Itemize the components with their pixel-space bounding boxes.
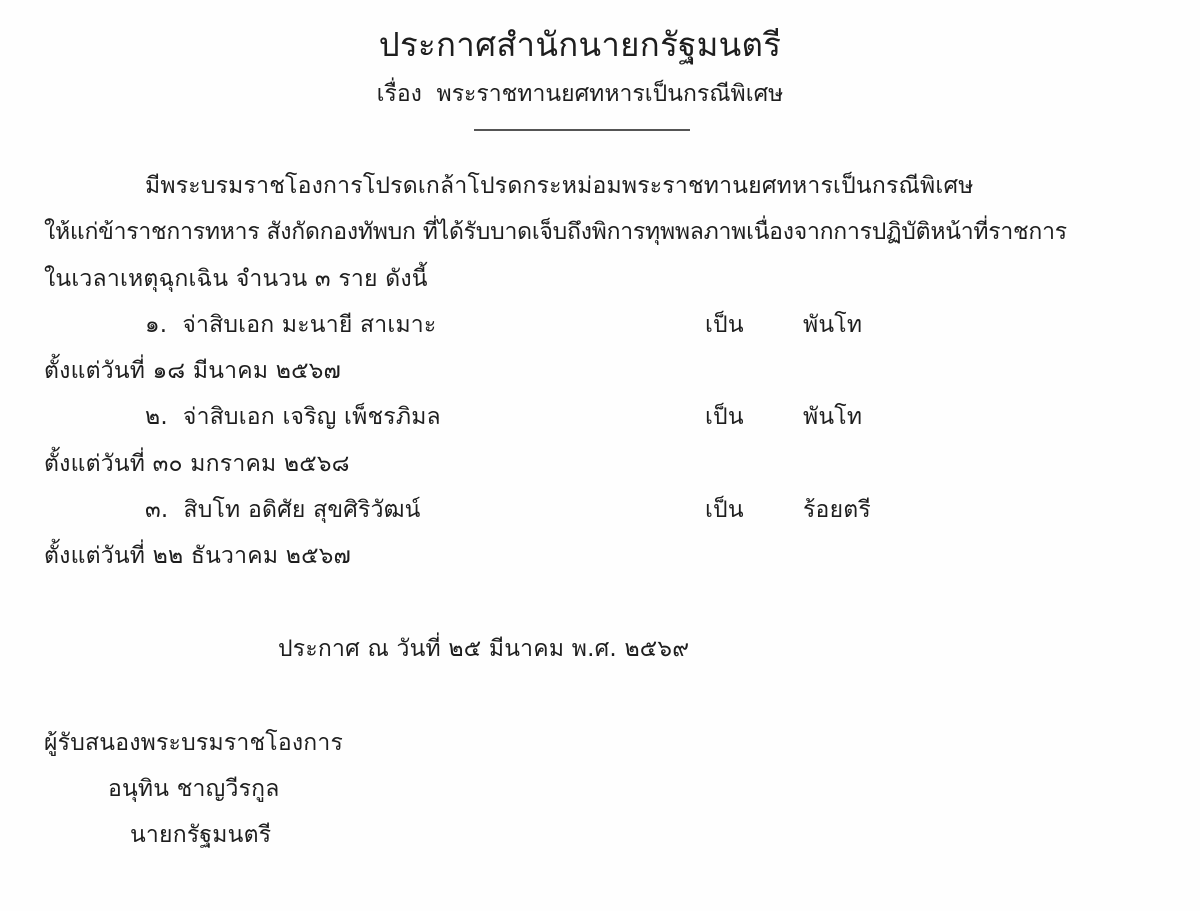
entry-name: เจริญ เพ็ชรภิมล bbox=[282, 404, 440, 430]
entry-1-new-rank: พันโท bbox=[803, 307, 862, 343]
countersign-label: ผู้รับสนองพระบรมราชโองการ bbox=[44, 725, 343, 761]
entry-number: ๒. bbox=[145, 404, 168, 430]
entry-current-rank: สิบโท bbox=[183, 497, 240, 523]
entry-3-effective-date: ตั้งแต่วันที่ ๒๒ ธันวาคม ๒๕๖๗ bbox=[44, 538, 351, 574]
entry-current-rank: จ่าสิบเอก bbox=[182, 312, 274, 338]
entry-2-effective-date: ตั้งแต่วันที่ ๓๐ มกราคม ๒๕๖๘ bbox=[44, 446, 350, 482]
entry-3-person: ๓. สิบโท อดิศัย สุขศิริวัฒน์ bbox=[145, 492, 421, 528]
subject-text: พระราชทานยศทหารเป็นกรณีพิเศษ bbox=[437, 81, 784, 107]
entry-1-person: ๑. จ่าสิบเอก มะนายี สาเมาะ bbox=[145, 307, 436, 343]
document-subject: เรื่อง พระราชทานยศทหารเป็นกรณีพิเศษ bbox=[0, 76, 1160, 112]
entry-number: ๓. bbox=[145, 497, 168, 523]
entry-name: มะนายี สาเมาะ bbox=[282, 312, 437, 338]
paragraph-line-2: ให้แก่ข้าราชการทหาร สังกัดกองทัพบก ที่ได… bbox=[44, 214, 1067, 250]
entry-current-rank: จ่าสิบเอก bbox=[183, 404, 275, 430]
subject-label: เรื่อง bbox=[377, 81, 422, 107]
document-title: ประกาศสำนักนายกรัฐมนตรี bbox=[0, 18, 1160, 71]
signatory-position: นายกรัฐมนตรี bbox=[130, 817, 271, 853]
signatory-name: อนุทิน ชาญวีรกูล bbox=[108, 771, 280, 807]
announcement-page: ประกาศสำนักนายกรัฐมนตรี เรื่อง พระราชทาน… bbox=[0, 0, 1200, 911]
title-divider bbox=[474, 129, 690, 131]
entry-3-new-rank: ร้อยตรี bbox=[803, 492, 871, 528]
entry-3-as-label: เป็น bbox=[705, 492, 744, 528]
entry-2-person: ๒. จ่าสิบเอก เจริญ เพ็ชรภิมล bbox=[145, 399, 441, 435]
entry-1-as-label: เป็น bbox=[705, 307, 744, 343]
entry-number: ๑. bbox=[145, 312, 167, 338]
paragraph-line-1: มีพระบรมราชโองการโปรดเกล้าโปรดกระหม่อมพร… bbox=[145, 168, 974, 204]
paragraph-line-3: ในเวลาเหตุฉุกเฉิน จำนวน ๓ ราย ดังนี้ bbox=[44, 261, 428, 297]
entry-1-effective-date: ตั้งแต่วันที่ ๑๘ มีนาคม ๒๕๖๗ bbox=[44, 353, 341, 389]
entry-2-as-label: เป็น bbox=[705, 399, 744, 435]
entry-2-new-rank: พันโท bbox=[803, 399, 862, 435]
entry-name: อดิศัย สุขศิริวัฒน์ bbox=[248, 497, 421, 523]
announcement-date: ประกาศ ณ วันที่ ๒๕ มีนาคม พ.ศ. ๒๕๖๙ bbox=[278, 631, 689, 667]
